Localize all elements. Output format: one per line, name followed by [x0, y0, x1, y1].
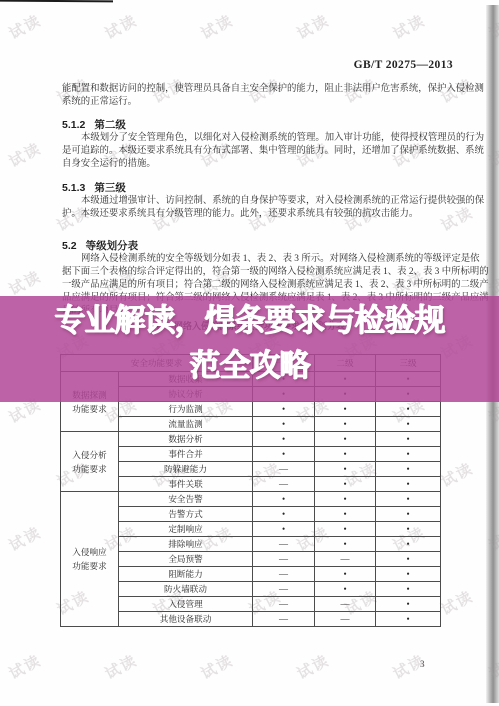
- value-cell: •: [315, 417, 376, 432]
- scan-artifact-top-line: [0, 0, 113, 2]
- watermark-text: 试读: [437, 585, 477, 620]
- paragraph-5-1-2: 本级划分了安全管理角色，以细化对入侵检测系统的管理。加入审计功能，使得授权管理员…: [62, 132, 462, 171]
- value-cell: •: [376, 402, 441, 417]
- heading-number: 5.1.3: [62, 182, 85, 194]
- feature-cell: 定制响应: [119, 522, 253, 537]
- value-cell: •: [315, 432, 376, 447]
- heading-number: 5.1.2: [62, 119, 85, 131]
- value-cell: •: [253, 507, 315, 522]
- value-cell: •: [315, 492, 376, 507]
- watermark-text: 试读: [101, 649, 141, 684]
- heading-5-1-3: 5.1.3第三级: [62, 180, 126, 195]
- value-cell: —: [253, 552, 315, 567]
- value-cell: •: [376, 462, 441, 477]
- value-cell: •: [376, 537, 441, 552]
- group-label-line: 功能要求: [61, 402, 118, 416]
- feature-cell: 排除响应: [119, 537, 253, 552]
- value-cell: •: [253, 417, 315, 432]
- feature-cell: 全局预警: [119, 552, 253, 567]
- value-cell: —: [315, 552, 376, 567]
- group-label-intrusion-analysis: 入侵分析 功能要求: [61, 432, 119, 492]
- text-line: 系统的正常运行。: [62, 96, 462, 109]
- value-cell: —: [315, 597, 376, 612]
- heading-number: 5.2: [62, 240, 77, 252]
- text-line: 网络入侵检测系统的安全等级划分如表 1、表 2、表 3 所示。对网络入侵检测系统…: [62, 253, 462, 266]
- value-cell: •: [376, 522, 441, 537]
- value-cell: —: [253, 597, 315, 612]
- watermark-text: 试读: [5, 9, 45, 44]
- table-row: 入侵分析 功能要求 数据分析 • • •: [61, 432, 441, 447]
- value-cell: •: [376, 567, 441, 582]
- value-cell: —: [315, 612, 376, 627]
- text-line: 自身安全运行的措施。: [62, 158, 462, 171]
- value-cell: •: [376, 552, 441, 567]
- text-line: 本级划分了安全管理角色，以细化对入侵检测系统的管理。加入审计功能，使得授权管理员…: [62, 132, 462, 145]
- feature-cell: 防火墙联动: [119, 582, 253, 597]
- value-cell: —: [253, 537, 315, 552]
- value-cell: •: [376, 477, 441, 492]
- value-cell: —: [253, 462, 315, 477]
- group-label-intrusion-response: 入侵响应 功能要求: [61, 492, 119, 627]
- text-line: 据下面三个表格的综合评定得出的，符合第一级的网络入侵检测系统应满足表 1、表 2…: [62, 266, 462, 279]
- value-cell: •: [315, 447, 376, 462]
- value-cell: •: [253, 432, 315, 447]
- value-cell: •: [376, 582, 441, 597]
- text-line: 是可追踪的。本级还要求系统具有分布式部署、集中管理的能力。同时，还增加了保护系统…: [62, 145, 462, 158]
- watermark-text: 试读: [293, 9, 333, 44]
- watermark-text: 试读: [293, 649, 333, 684]
- heading-title: 第三级: [94, 182, 126, 194]
- watermark-text: 试读: [101, 9, 141, 44]
- promo-banner-line-1: 专业解读，焊条要求与检验规: [0, 299, 499, 344]
- value-cell: •: [376, 417, 441, 432]
- promo-banner-text: 专业解读，焊条要求与检验规 范全攻略: [0, 299, 499, 389]
- intro-paragraph: 能配置和数据访问的控制，使管理员具备自主安全保护的能力，阻止非法用户危害系统，保…: [62, 83, 462, 109]
- value-cell: •: [315, 477, 376, 492]
- value-cell: —: [253, 582, 315, 597]
- group-label-line: 入侵分析: [61, 448, 118, 462]
- promo-banner-line-2: 范全攻略: [0, 344, 499, 389]
- text-line: 护。本级还要求系统具有分级管理的能力。此外，还要求系统具有较强的抗攻击能力。: [62, 208, 462, 221]
- watermark-text: 试读: [5, 649, 45, 684]
- value-cell: •: [376, 447, 441, 462]
- value-cell: •: [376, 432, 441, 447]
- feature-cell: 入侵管理: [119, 597, 253, 612]
- heading-5-2: 5.2等级划分表: [62, 238, 138, 253]
- value-cell: •: [315, 567, 376, 582]
- text-line: 能配置和数据访问的控制，使管理员具备自主安全保护的能力，阻止非法用户危害系统，保…: [62, 83, 462, 96]
- value-cell: •: [315, 537, 376, 552]
- heading-title: 第二级: [94, 119, 126, 131]
- group-label-line: 功能要求: [61, 559, 118, 573]
- value-cell: •: [253, 447, 315, 462]
- watermark-text: 试读: [197, 9, 237, 44]
- feature-cell: 事件关联: [119, 477, 253, 492]
- value-cell: •: [315, 402, 376, 417]
- value-cell: •: [376, 597, 441, 612]
- table-row: 入侵响应 功能要求 安全告警 • • •: [61, 492, 441, 507]
- value-cell: —: [253, 567, 315, 582]
- heading-5-1-2: 5.1.2第二级: [62, 117, 126, 132]
- text-line: 一级产品应满足的所有项目；符合第二级的网络入侵检测系统应满足表 1、表 2、表 …: [62, 279, 462, 292]
- text-line: 本级通过增强审计、访问控制、系统的自身保护等要求，对入侵检测系统的正常运行提供较…: [62, 195, 462, 208]
- feature-cell: 其他设备联动: [119, 612, 253, 627]
- value-cell: •: [315, 522, 376, 537]
- value-cell: •: [376, 612, 441, 627]
- watermark-text: 试读: [5, 265, 45, 300]
- page-number: 3: [420, 659, 425, 669]
- value-cell: •: [376, 492, 441, 507]
- paragraph-5-1-3: 本级通过增强审计、访问控制、系统的自身保护等要求，对入侵检测系统的正常运行提供较…: [62, 195, 462, 221]
- feature-cell: 告警方式: [119, 507, 253, 522]
- value-cell: —: [253, 612, 315, 627]
- feature-cell: 阻断能力: [119, 567, 253, 582]
- watermark-text: 试读: [437, 457, 477, 492]
- feature-cell: 安全告警: [119, 492, 253, 507]
- watermark-text: 试读: [5, 137, 45, 172]
- value-cell: •: [376, 507, 441, 522]
- value-cell: —: [253, 477, 315, 492]
- group-label-line: 功能要求: [61, 462, 118, 476]
- watermark-text: 试读: [5, 521, 45, 556]
- value-cell: •: [253, 522, 315, 537]
- value-cell: •: [315, 582, 376, 597]
- feature-cell: 事件合并: [119, 447, 253, 462]
- value-cell: •: [315, 462, 376, 477]
- feature-cell: 防躲避能力: [119, 462, 253, 477]
- heading-title: 等级划分表: [86, 240, 139, 252]
- scanned-document-page: 试读试读试读试读试读试读试读试读试读试读试读试读试读试读试读试读试读试读试读试读…: [0, 0, 499, 706]
- group-label-line: 入侵响应: [61, 545, 118, 559]
- value-cell: •: [253, 402, 315, 417]
- watermark-text: 试读: [389, 9, 429, 44]
- watermark-text: 试读: [197, 649, 237, 684]
- feature-cell: 流量监测: [119, 417, 253, 432]
- feature-cell: 行为监测: [119, 402, 253, 417]
- feature-cell: 数据分析: [119, 432, 253, 447]
- value-cell: •: [253, 492, 315, 507]
- value-cell: •: [315, 507, 376, 522]
- standard-number: GB/T 20275—2013: [354, 59, 453, 71]
